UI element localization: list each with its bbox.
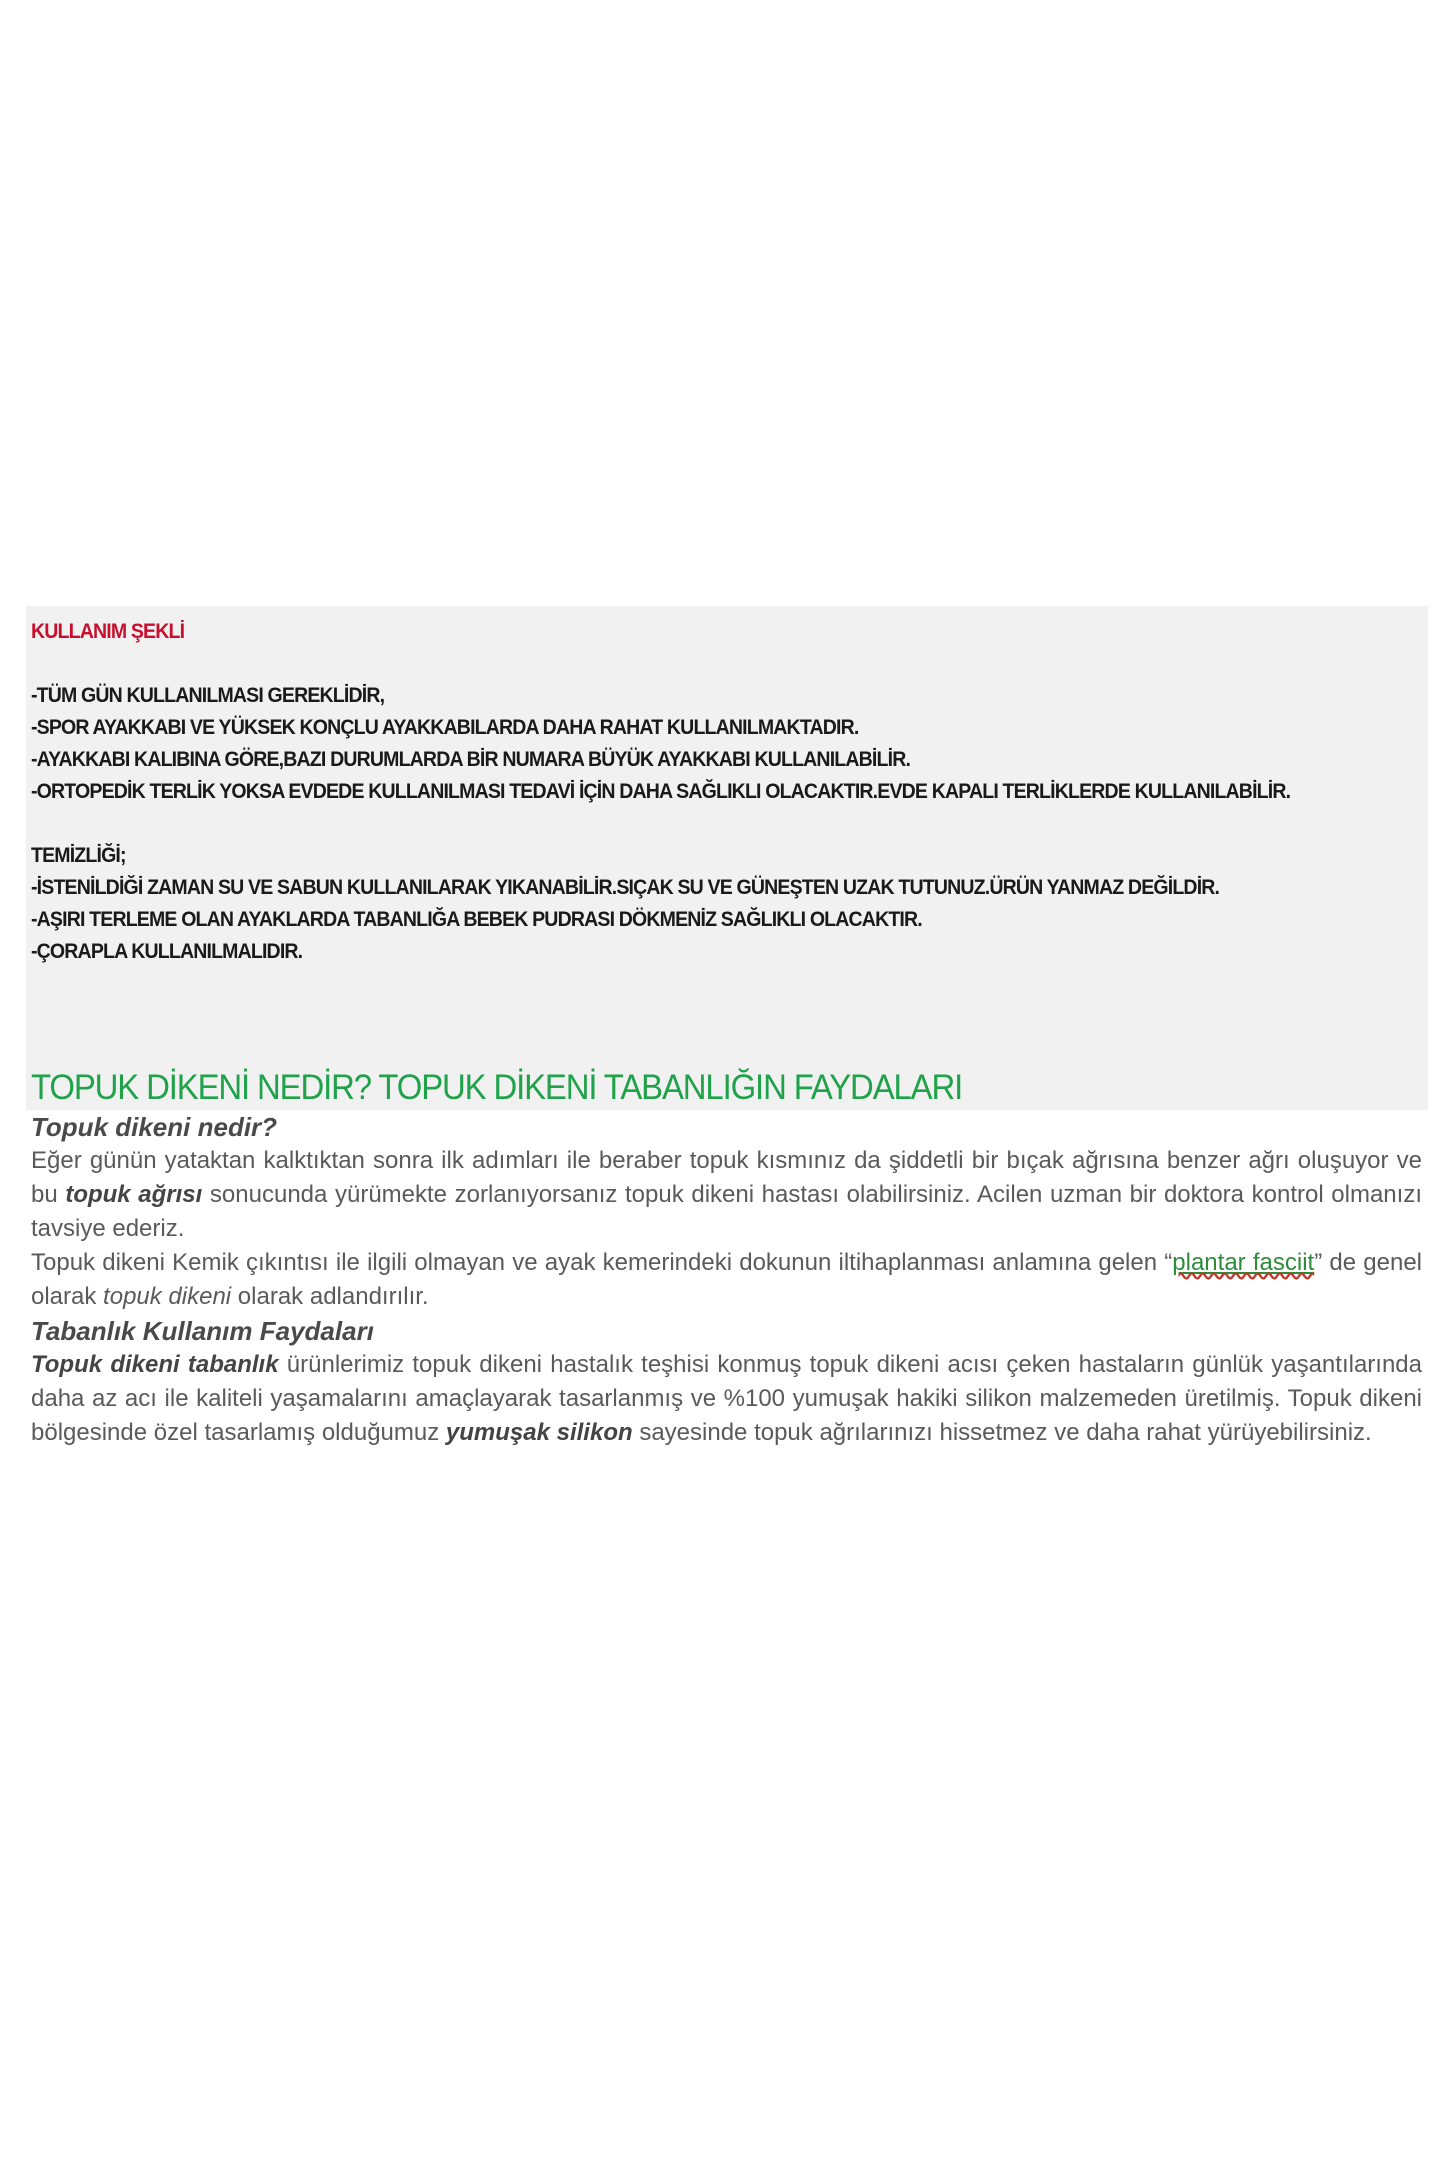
subtitle-benefits: Tabanlık Kullanım Faydaları: [31, 1314, 1422, 1348]
paragraph-definition: Topuk dikeni Kemik çıkıntısı ile ilgili …: [31, 1246, 1422, 1314]
usage-item: -SPOR AYAKKABI VE YÜKSEK KONÇLU AYAKKABI…: [31, 712, 1380, 744]
cleaning-title: TEMİZLİĞİ;: [31, 840, 1380, 872]
usage-title: KULLANIM ŞEKLİ: [31, 616, 1380, 648]
paragraph-symptoms: Eğer günün yataktan kalktıktan sonra ilk…: [31, 1144, 1422, 1246]
usage-item: -TÜM GÜN KULLANILMASI GEREKLİDİR,: [31, 680, 1380, 712]
section-heading: TOPUK DİKENİ NEDİR? TOPUK DİKENİ TABANLI…: [31, 1068, 962, 1108]
cleaning-item: -AŞIRI TERLEME OLAN AYAKLARDA TABANLIĞA …: [31, 904, 1380, 936]
usage-instructions-panel: KULLANIM ŞEKLİ -TÜM GÜN KULLANILMASI GER…: [26, 606, 1428, 1110]
usage-item: -AYAKKABI KALIBINA GÖRE,BAZI DURUMLARDA …: [31, 744, 1380, 776]
emphasis-soft-silicone: yumuşak silikon: [446, 1419, 633, 1446]
cleaning-item: -İSTENİLDİĞİ ZAMAN SU VE SABUN KULLANILA…: [31, 872, 1333, 904]
cleaning-item: -ÇORAPLA KULLANILMALIDIR.: [31, 936, 1380, 968]
subtitle-what-is: Topuk dikeni nedir?: [31, 1110, 1422, 1144]
usage-text-block: KULLANIM ŞEKLİ -TÜM GÜN KULLANILMASI GER…: [31, 616, 1380, 968]
emphasis-heel-pain: topuk ağrısı: [65, 1181, 202, 1208]
product-description: KULLANIM ŞEKLİ -TÜM GÜN KULLANILMASI GER…: [26, 606, 1428, 1450]
heel-spur-info: Topuk dikeni nedir? Eğer günün yataktan …: [26, 1110, 1428, 1450]
usage-item: -ORTOPEDİK TERLİK YOKSA EVDEDE KULLANILM…: [31, 776, 1333, 808]
emphasis-product: Topuk dikeni tabanlık: [31, 1351, 279, 1378]
paragraph-benefits: Topuk dikeni tabanlık ürünlerimiz topuk …: [31, 1348, 1422, 1450]
plantar-fasciitis-link[interactable]: plantar fasciit: [1172, 1249, 1314, 1276]
